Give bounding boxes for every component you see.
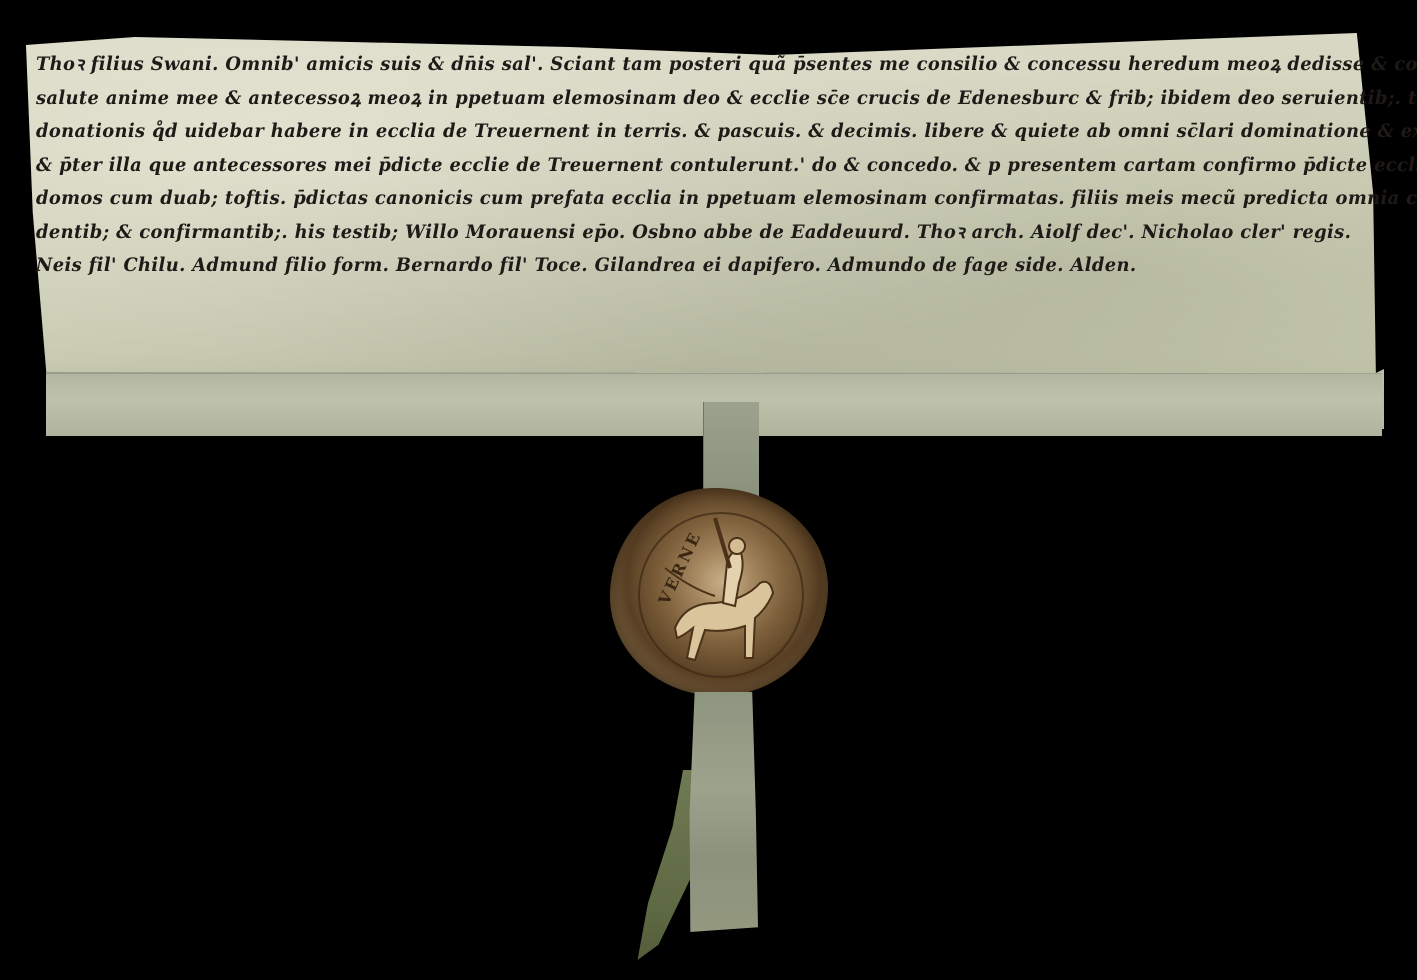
wax-seal: VERNE — [610, 488, 828, 696]
text-line: Neis fil' Chilu. Admund filio form. Bern… — [36, 249, 1286, 283]
knight-on-horse-icon — [645, 508, 795, 678]
charter-text: Thoꝛ filius Swani. Omnib' amicis suis & … — [36, 48, 1366, 283]
text-line: donationis q̊d uidebar habere in ecclia … — [36, 115, 1286, 149]
text-line: salute anime mee & antecessoꝝ meoꝝ in pp… — [36, 82, 1286, 116]
text-line: Thoꝛ filius Swani. Omnib' amicis suis & … — [36, 48, 1286, 82]
seal-tag-lower — [686, 692, 758, 932]
text-line: & p̄ter illa que antecessores mei p̄dict… — [36, 149, 1286, 183]
text-line: dentib; & confirmantib;. his testib; Wil… — [36, 216, 1286, 250]
text-line: domos cum duab; toftis. p̄dictas canonic… — [36, 182, 1286, 216]
